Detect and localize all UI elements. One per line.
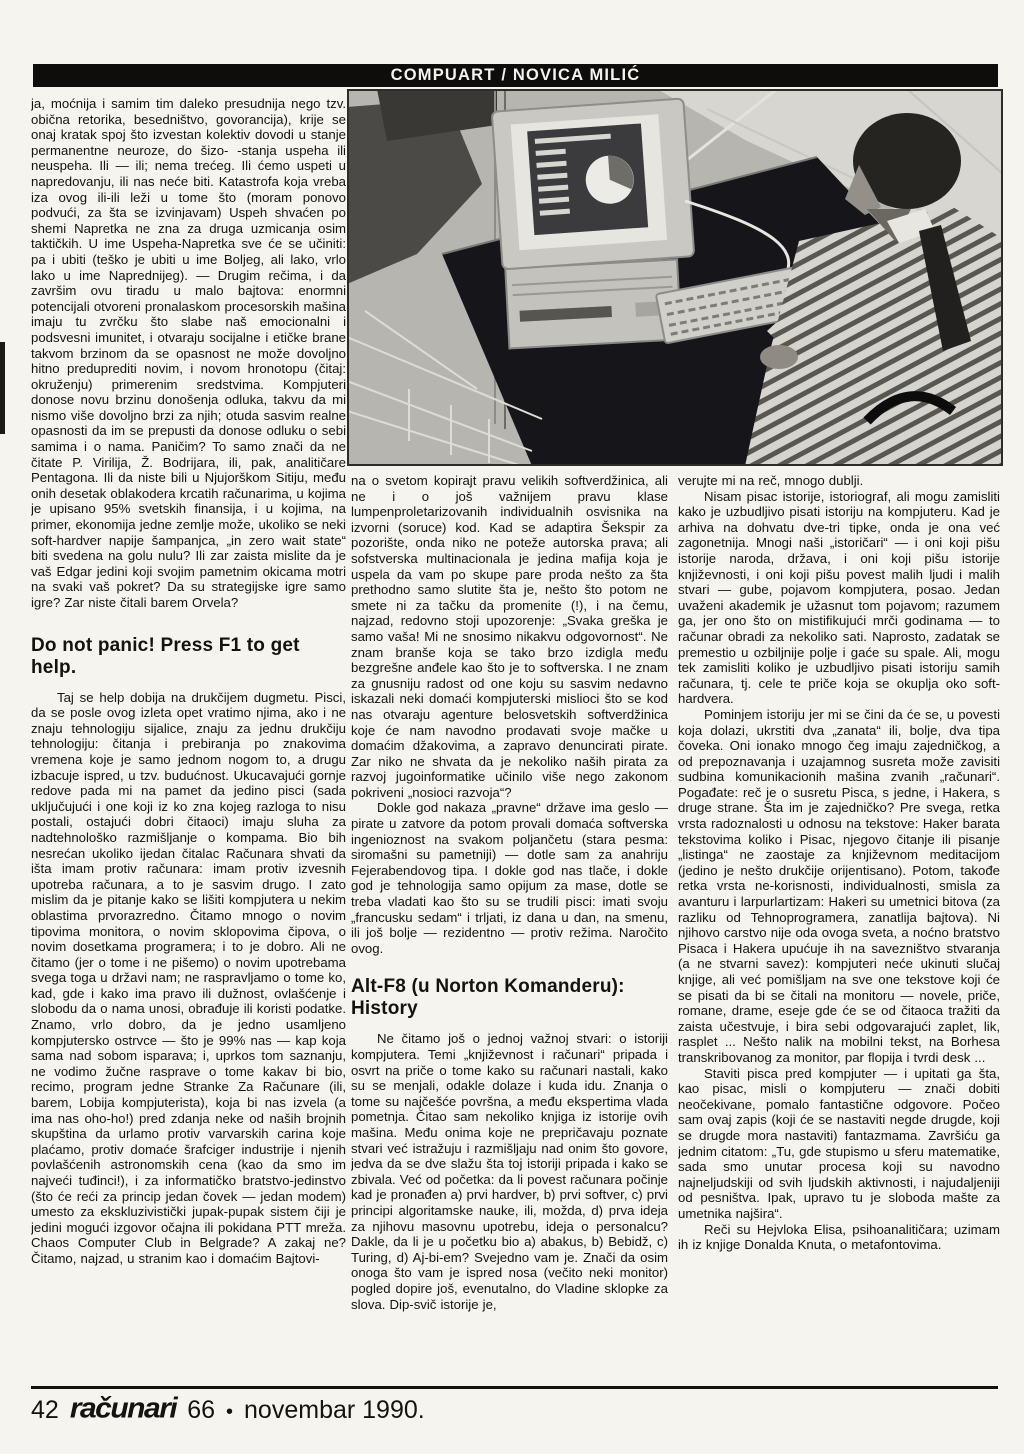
article-paragraph: Dokle god nakaza „pravne“ države ima ges… bbox=[351, 800, 668, 956]
footer-rule bbox=[31, 1386, 998, 1389]
man-at-computer-photo bbox=[347, 89, 1003, 466]
magazine-logo: računari bbox=[70, 1393, 176, 1425]
article-paragraph: Taj se help dobija na drukčijem dugmetu.… bbox=[31, 690, 346, 1267]
section-heading-do-not-panic: Do not panic! Press F1 to get help. bbox=[31, 635, 346, 679]
article-column-middle: na o svetom kopirajt pravu velikih softv… bbox=[351, 473, 668, 1385]
article-paragraph: Nisam pisac istorije, istoriograf, ali m… bbox=[678, 489, 1000, 707]
photo-system-unit bbox=[505, 259, 681, 348]
footer-date: novembar 1990. bbox=[244, 1396, 425, 1425]
article-paragraph: verujte mi na reč, mnogo dublji. bbox=[678, 473, 1000, 489]
article-paragraph: Ne čitamo još o jednoj važnoj stvari: o … bbox=[351, 1031, 668, 1312]
article-column-right: verujte mi na reč, mnogo dublji. Nisam p… bbox=[678, 473, 1000, 1385]
article-column-left: ja, moćnija i samim tim daleko presudnij… bbox=[31, 96, 346, 1384]
scan-edge-artifact bbox=[0, 342, 5, 434]
footer-issue-number: 66 bbox=[187, 1396, 215, 1425]
article-paragraph: na o svetom kopirajt pravu velikih softv… bbox=[351, 473, 668, 800]
article-paragraph: Reči su Hejvloka Elisa, psihoanalitičara… bbox=[678, 1222, 1000, 1253]
section-header-bar: COMPUART / NOVICA MILIĆ bbox=[33, 64, 998, 87]
magazine-page: COMPUART / NOVICA MILIĆ bbox=[0, 0, 1024, 1454]
article-photo bbox=[347, 89, 1003, 466]
footer-page-number: 42 bbox=[31, 1396, 59, 1425]
article-paragraph: Pominjem istoriju jer mi se čini da će s… bbox=[678, 707, 1000, 1066]
page-footer: 42 računari 66 • novembar 1990. bbox=[31, 1392, 425, 1428]
footer-bullet-icon: • bbox=[226, 1401, 233, 1424]
section-header-title: COMPUART / NOVICA MILIĆ bbox=[391, 66, 641, 85]
photo-person-hand bbox=[760, 345, 798, 369]
article-paragraph: Staviti pisca pred kompjuter — i upitati… bbox=[678, 1066, 1000, 1222]
article-paragraph: ja, moćnija i samim tim daleko presudnij… bbox=[31, 96, 346, 611]
photo-monitor bbox=[492, 98, 695, 269]
section-heading-alt-f8-history: Alt-F8 (u Norton Komanderu): History bbox=[351, 976, 668, 1020]
